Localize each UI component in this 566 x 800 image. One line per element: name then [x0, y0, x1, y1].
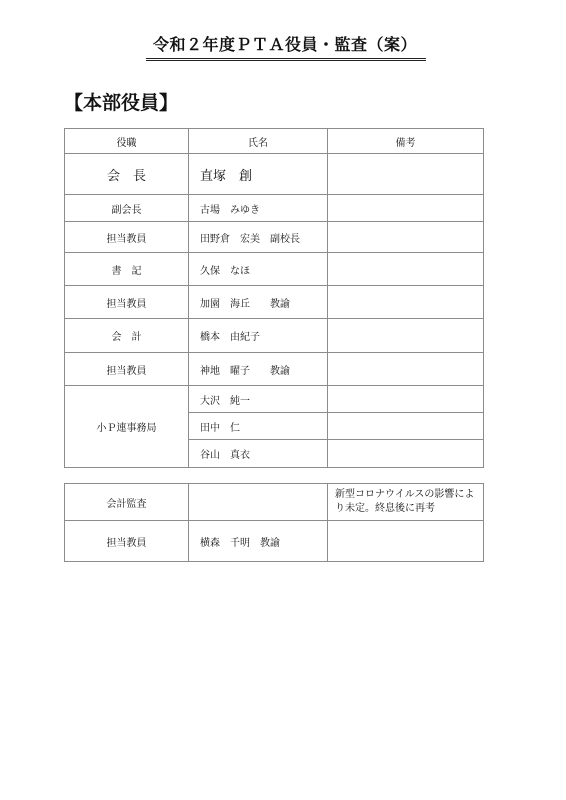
note-cell: [328, 413, 484, 440]
note-cell: [328, 319, 484, 353]
table-row: 小Ｐ連事務局 大沢 純一: [65, 386, 484, 413]
role-cell: 担当教員: [65, 222, 189, 253]
name-cell: 田中 仁: [189, 413, 328, 440]
table-row: 担当教員 田野倉 宏美 副校長: [65, 222, 484, 253]
name-cell: 横森 千明 教諭: [189, 521, 328, 562]
table-row: 副会長 古場 みゆき: [65, 195, 484, 222]
name-cell: [189, 484, 328, 521]
table-row: 担当教員 横森 千明 教諭: [65, 521, 484, 562]
header-name: 氏名: [189, 129, 328, 154]
officers-table: 役職 氏名 備考 会 長 直塚 創 副会長 古場 みゆき 担当教員 田野倉 宏美…: [64, 128, 484, 468]
role-cell: 副会長: [65, 195, 189, 222]
role-cell-group: 小Ｐ連事務局: [65, 386, 189, 468]
table-row: 会 計 橋本 由紀子: [65, 319, 484, 353]
note-cell: [328, 521, 484, 562]
table-row: 書 記 久保 なほ: [65, 253, 484, 286]
title-underline: [146, 58, 426, 61]
note-cell: [328, 253, 484, 286]
name-cell: 田野倉 宏美 副校長: [189, 222, 328, 253]
table-row: 担当教員 神地 曜子 教諭: [65, 353, 484, 386]
note-cell: [328, 154, 484, 195]
note-cell: [328, 440, 484, 468]
name-cell: 大沢 純一: [189, 386, 328, 413]
role-cell: 担当教員: [65, 353, 189, 386]
name-cell: 橋本 由紀子: [189, 319, 328, 353]
role-cell: 担当教員: [65, 286, 189, 319]
name-cell: 谷山 真衣: [189, 440, 328, 468]
name-cell: 神地 曜子 教諭: [189, 353, 328, 386]
table-row: 会計監査 新型コロナウイルスの影響により未定。終息後に再考: [65, 484, 484, 521]
role-cell: 会 長: [65, 154, 189, 195]
role-cell: 会計監査: [65, 484, 189, 521]
name-cell: 久保 なほ: [189, 253, 328, 286]
page-title: 令和２年度ＰＴＡ役員・監査（案）: [146, 34, 424, 56]
note-cell: [328, 286, 484, 319]
name-cell: 古場 みゆき: [189, 195, 328, 222]
header-notes: 備考: [328, 129, 484, 154]
note-cell: [328, 353, 484, 386]
role-cell: 会 計: [65, 319, 189, 353]
section-heading: 【本部役員】: [64, 90, 178, 116]
header-role: 役職: [65, 129, 189, 154]
name-cell: 直塚 創: [189, 154, 328, 195]
table-header-row: 役職 氏名 備考: [65, 129, 484, 154]
name-cell: 加園 海丘 教諭: [189, 286, 328, 319]
note-cell: [328, 222, 484, 253]
note-cell: 新型コロナウイルスの影響により未定。終息後に再考: [328, 484, 484, 521]
table-row: 担当教員 加園 海丘 教諭: [65, 286, 484, 319]
table-row: 会 長 直塚 創: [65, 154, 484, 195]
role-cell: 書 記: [65, 253, 189, 286]
role-cell: 担当教員: [65, 521, 189, 562]
note-cell: [328, 386, 484, 413]
note-cell: [328, 195, 484, 222]
audit-table: 会計監査 新型コロナウイルスの影響により未定。終息後に再考 担当教員 横森 千明…: [64, 483, 484, 562]
